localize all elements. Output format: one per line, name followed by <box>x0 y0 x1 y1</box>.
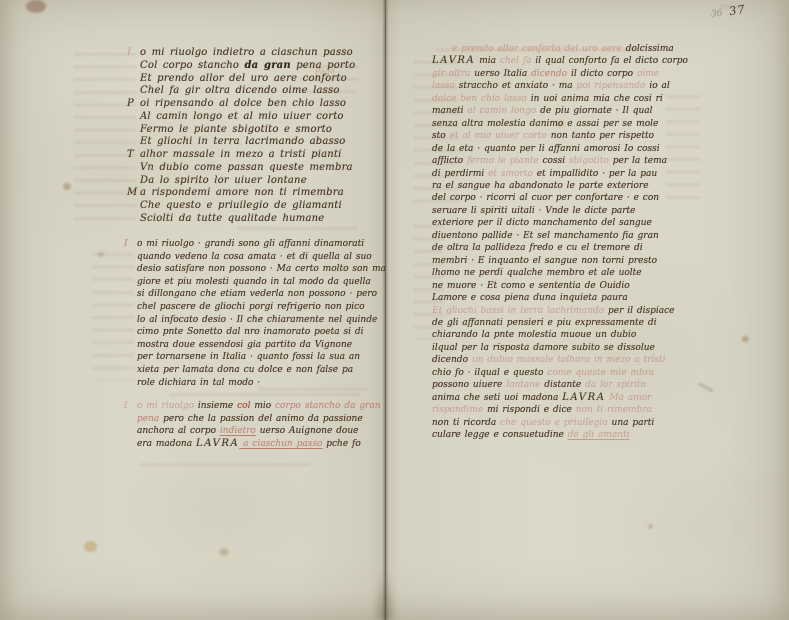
text-segment: da gran <box>244 60 290 71</box>
text-segment: io al <box>645 81 669 91</box>
text-segment: a rispondemi amore non ti rimembra <box>140 187 344 198</box>
text-segment: Ma amor <box>606 393 652 403</box>
text-segment: era madona <box>137 439 196 449</box>
manuscript-line: di perdirmi et smorto et impallidito · p… <box>432 168 666 180</box>
text-segment: possono uiuere <box>432 380 506 390</box>
text-segment: chiarando la pnte molestia muoue un dubi… <box>432 330 636 340</box>
text-segment: Da lo spirito lor uiuer lontane <box>140 175 307 186</box>
text-segment: LAVRA <box>196 438 239 449</box>
manuscript-line: era madona LAVRA a ciaschun passo pche f… <box>137 438 373 451</box>
text-segment: lo al infocato desio · Il che chiarament… <box>137 315 377 325</box>
text-segment: lontane <box>506 380 540 390</box>
manuscript-line: Io mi riuolgo insieme col mio corpo stan… <box>137 400 373 413</box>
manuscript-line: Che questo e priuilegio de gliamanti <box>140 200 368 213</box>
manuscript-line: ra el sangue ha abandonato le parte exte… <box>432 180 666 192</box>
manuscript-line: senza altra molestia danimo e assai per … <box>432 118 666 130</box>
text-segment: indietro <box>220 426 256 436</box>
text-segment: Col corpo stancho <box>140 60 244 71</box>
text-segment: come queste mie mbra <box>547 368 654 378</box>
text-segment: poi ripensando <box>577 81 646 91</box>
text-segment: rispondime <box>432 405 483 415</box>
text-segment: LAVRA <box>432 55 475 66</box>
text-segment: ilqual per la risposta damore subito se … <box>432 343 655 353</box>
text-segment: senza altra molestia danimo e assai per … <box>432 119 658 129</box>
text-segment: maneti <box>432 106 467 116</box>
text-segment: ra el sangue ha abandonato le parte exte… <box>432 181 649 191</box>
text-segment: diuentono pallide · Et sel manchamento f… <box>432 231 659 241</box>
text-segment: exteriore per il dicto manchamento del s… <box>432 218 652 228</box>
manuscript-line: membri · E inquanto el sangue non torni … <box>432 255 666 267</box>
manuscript-line: cimo pnte Sonetto dal nro inamorato poet… <box>137 326 373 339</box>
manuscript-line: dolce ben chio lasso in uoi anima mia ch… <box>432 93 666 105</box>
manuscript-line: diuentono pallide · Et sel manchamento f… <box>432 230 666 242</box>
manuscript-line: chel pascere de gliochi porgi refrigerio… <box>137 301 373 314</box>
text-segment: distante <box>540 380 585 390</box>
text-segment: sto <box>432 131 450 141</box>
text-segment: mio <box>250 401 275 411</box>
manuscript-line: Poi ripensando al dolce ben chio lasso <box>140 98 368 111</box>
manuscript-line: Fermo le piante sbigotito e smorto <box>140 124 368 137</box>
text-segment: dolce ben chio lasso <box>432 94 527 104</box>
text-segment: role dichiara in tal modo · <box>137 378 260 388</box>
text-segment: o mi riuolgo · grandi sono gli affanni d… <box>137 239 364 249</box>
manuscript-line: maneti al camin longo de piu giornate · … <box>432 105 666 117</box>
text-segment: culare legge e consuetudine <box>432 430 568 440</box>
manuscript-line: per tornarsene in Italia · quanto fossi … <box>137 351 373 364</box>
text-segment: de la eta · quanto per li affanni amoros… <box>432 144 660 154</box>
manuscript-line: de oltra la pallideza fredo e cu el trem… <box>432 242 666 254</box>
manuscript-line: Et gliochi in terra lacrimando abasso <box>140 136 368 149</box>
manuscript-line: ne muore · Et como e sententia de Ouidio <box>432 280 666 292</box>
manuscript-line: sto et al mio uiuer corto non tanto per … <box>432 130 666 142</box>
manuscript-line: pena pero che la passion del animo da pa… <box>137 413 373 426</box>
text-segment: Vn dubio come passan queste membra <box>140 162 353 173</box>
folio-number: 37 <box>728 2 747 18</box>
text-segment: et smorto <box>488 169 533 179</box>
manuscript-line: Ma rispondemi amore non ti rimembra <box>140 187 368 200</box>
text-segment: membri · E inquanto el sangue non torni … <box>432 256 657 266</box>
manuscript-line: lhomo ne perdi qualche membro et ale uol… <box>432 267 666 279</box>
text-segment: cimo pnte Sonetto dal nro inamorato poet… <box>137 327 363 337</box>
initial-letter: T <box>127 149 140 162</box>
text-segment: chel pascere de gliochi porgi refrigerio… <box>137 302 365 312</box>
manuscript-line: Io mi riuolgo indietro a ciaschun passo <box>140 47 368 60</box>
text-segment: per la tema <box>609 156 667 166</box>
text-segment: dolcissima <box>622 44 674 54</box>
text-segment: seruare li spiriti uitali · Vnde le dict… <box>432 206 635 216</box>
manuscript-spread: Io mi riuolgo indietro a ciaschun passoC… <box>0 0 789 620</box>
text-segment: non ti rimembra <box>576 405 652 415</box>
initial-letter: M <box>127 187 140 200</box>
text-segment: una parti <box>608 418 655 428</box>
text-segment: o mi riuolgo indietro a ciaschun passo <box>140 47 353 58</box>
text-segment: il qual conforto fa el dicto corpo <box>531 56 687 66</box>
text-segment: straccho et anxiato · ma <box>455 81 577 91</box>
text-segment: et al mio uiuer corto <box>450 131 547 141</box>
text-segment: oi ripensando al dolce ben chio lasso <box>140 98 346 109</box>
text-segment: fermo le piante <box>467 156 539 166</box>
text-segment: desio satisfare non possono · Ma certo m… <box>137 264 386 274</box>
text-segment: ne muore · Et como e sententia de Ouidio <box>432 281 630 291</box>
text-segment: per tornarsene in Italia · quanto fossi … <box>137 352 360 362</box>
manuscript-line: possono uiuere lontane distante da lor s… <box>432 379 666 391</box>
text-segment: dicendo <box>432 355 472 365</box>
manuscript-line: Io mi riuolgo · grandi sono gli affanni … <box>137 238 373 251</box>
text-segment: a ciaschun passo <box>239 439 322 449</box>
manuscript-line: Lamore e cosa piena duna inquieta paura <box>432 292 666 304</box>
initial-letter: I <box>124 400 137 413</box>
text-segment: anima che seti uoi madona <box>432 393 562 403</box>
manuscript-line: Chel fa gir oltra dicendo oime lasso <box>140 85 368 98</box>
text-segment: in uoi anima mia che cosi ri <box>527 94 663 104</box>
manuscript-line: quando vedeno la cosa amata · et di quel… <box>137 251 373 264</box>
text-segment: sbigotito <box>569 156 609 166</box>
initial-letter: P <box>127 98 140 111</box>
text-segment: mostra doue essendosi gia partito da Vig… <box>137 340 352 350</box>
manuscript-line: giore et piu molesti quando in tal modo … <box>137 276 373 289</box>
manuscript-line: non ti ricorda che questo e priuilegio u… <box>432 417 666 429</box>
text-segment: e prendo allor conforto del uro aere <box>452 44 622 54</box>
text-segment: quando vedeno la cosa amata · et di quel… <box>137 252 372 262</box>
text-segment: insieme <box>194 401 237 411</box>
manuscript-line: anima che seti uoi madona LAVRA Ma amor <box>432 392 666 404</box>
text-segment: LAVRA <box>562 392 605 403</box>
text-segment: chel fa <box>500 56 532 66</box>
text-segment: et impallidito · per la pau <box>533 169 657 179</box>
manuscript-line: desio satisfare non possono · Ma certo m… <box>137 263 373 276</box>
text-segment: Sciolti da tutte qualitade humane <box>140 213 324 224</box>
text-segment: oime <box>637 69 659 79</box>
text-segment: da lor spirito <box>585 380 646 390</box>
gloss-text-block: Io mi riuolgo insieme col mio corpo stan… <box>137 400 373 451</box>
manuscript-line: Sciolti da tutte qualitade humane <box>140 213 368 226</box>
manuscript-line: rispondime mi rispondi e dice non ti rim… <box>432 404 666 416</box>
manuscript-line: de gli affannati pensieri e piu expressa… <box>432 317 666 329</box>
manuscript-line: si dillongano che etiam vederla non poss… <box>137 288 373 301</box>
text-segment: corpo stancho da gran <box>275 401 381 411</box>
text-segment: il dicto corpo <box>567 69 637 79</box>
manuscript-line: role dichiara in tal modo · <box>137 377 373 390</box>
commentary-text-block: Io mi riuolgo · grandi sono gli affanni … <box>137 238 373 389</box>
manuscript-line: gir oltra uerso Italia dicendo il dicto … <box>432 68 666 80</box>
text-segment: un dubio massale talhora in mezo a trist… <box>472 355 666 365</box>
manuscript-line: Al camin longo et al mio uiuer corto <box>140 111 368 124</box>
manuscript-line: dicendo un dubio massale talhora in mezo… <box>432 354 666 366</box>
manuscript-line: Et gliochi bassi in terra lachrimando pe… <box>432 305 666 317</box>
text-segment: di perdirmi <box>432 169 488 179</box>
text-segment: uerso Italia <box>470 69 531 79</box>
manuscript-line: seruare li spiriti uitali · Vnde le dict… <box>432 205 666 217</box>
text-segment: xieta per lamata dona cu dolce e non fal… <box>137 365 353 375</box>
manuscript-line: Talhor massale in mezo a tristi pianti <box>140 149 368 162</box>
manuscript-line: Vn dubio come passan queste membra <box>140 162 368 175</box>
text-segment: Et gliochi bassi in terra lachrimando <box>432 306 604 316</box>
manuscript-line: Da lo spirito lor uiuer lontane <box>140 175 368 188</box>
manuscript-line: LAVRA mia chel fa il qual conforto fa el… <box>432 55 666 67</box>
text-segment: si dillongano che etiam vederla non poss… <box>137 289 377 299</box>
text-segment: per il dispiace <box>604 306 674 316</box>
text-segment: chio fo · ilqual e questo <box>432 368 547 378</box>
text-segment: dicendo <box>531 69 567 79</box>
text-segment: de oltra la pallideza fredo e cu el trem… <box>432 243 643 253</box>
text-segment: giore et piu molesti quando in tal modo … <box>137 277 371 287</box>
text-segment: col <box>237 401 250 411</box>
text-segment: de gli amanti <box>568 430 630 440</box>
manuscript-line: xieta per lamata dona cu dolce e non fal… <box>137 364 373 377</box>
manuscript-line: culare legge e consuetudine de gli amant… <box>432 429 666 441</box>
text-segment: gir oltra <box>432 69 470 79</box>
text-segment: Che questo e priuilegio de gliamanti <box>140 200 342 211</box>
text-segment: o mi riuolgo <box>137 401 194 411</box>
manuscript-line: e prendo allor conforto del uro aere dol… <box>432 43 666 55</box>
text-segment: anchora al corpo <box>137 426 220 436</box>
text-segment: al camin longo <box>467 106 536 116</box>
text-segment: mia <box>475 56 500 66</box>
manuscript-line: exteriore per il dicto manchamento del s… <box>432 217 666 229</box>
text-segment: del corpo · ricorri al cuor per conforta… <box>432 193 659 203</box>
initial-letter: I <box>127 47 140 60</box>
text-segment: de gli affannati pensieri e piu expressa… <box>432 318 656 328</box>
initial-letter: I <box>124 238 137 251</box>
text-segment: Fermo le piante sbigotito e smorto <box>140 124 332 135</box>
right-page-text-block: e prendo allor conforto del uro aere dol… <box>432 43 666 442</box>
text-segment: che questo e priuilegio <box>500 418 608 428</box>
text-segment: pche fo <box>322 439 360 449</box>
text-segment: Lamore e cosa piena duna inquieta paura <box>432 293 628 303</box>
manuscript-line: ilqual per la risposta damore subito se … <box>432 342 666 354</box>
manuscript-line: de la eta · quanto per li affanni amoros… <box>432 143 666 155</box>
manuscript-line: afflicto fermo le piante cossi sbigotito… <box>432 155 666 167</box>
text-segment: alhor massale in mezo a tristi pianti <box>140 149 342 160</box>
text-segment: pero che la passion del animo da passion… <box>159 414 362 424</box>
manuscript-line: chio fo · ilqual e questo come queste mi… <box>432 367 666 379</box>
text-segment: lhomo ne perdi qualche membro et ale uol… <box>432 268 642 278</box>
text-segment: Et gliochi in terra lacrimando abasso <box>140 136 345 147</box>
manuscript-line: lasso straccho et anxiato · ma poi ripen… <box>432 80 666 92</box>
text-segment: de piu giornate · Il qual <box>536 106 652 116</box>
manuscript-line: lo al infocato desio · Il che chiarament… <box>137 314 373 327</box>
manuscript-line: mostra doue essendosi gia partito da Vig… <box>137 339 373 352</box>
text-segment: lasso <box>432 81 455 91</box>
manuscript-line: anchora al corpo indietro uerso Auignone… <box>137 425 373 438</box>
folio-number-old: 36 <box>711 8 723 19</box>
text-segment: mi rispondi e dice <box>483 405 575 415</box>
manuscript-line: chiarando la pnte molestia muoue un dubi… <box>432 329 666 341</box>
margin-note: Pago <box>315 66 335 76</box>
text-segment: cossi <box>539 156 569 166</box>
text-segment: non tanto per rispetto <box>547 131 654 141</box>
text-segment: afflicto <box>432 156 467 166</box>
text-segment: pena <box>137 414 159 424</box>
text-segment: Chel fa gir oltra dicendo oime lasso <box>140 85 340 96</box>
text-segment: Al camin longo et al mio uiuer corto <box>140 111 344 122</box>
text-segment: non ti ricorda <box>432 418 500 428</box>
manuscript-line: del corpo · ricorri al cuor per conforta… <box>432 192 666 204</box>
text-segment: uerso Auignone doue <box>256 426 359 436</box>
